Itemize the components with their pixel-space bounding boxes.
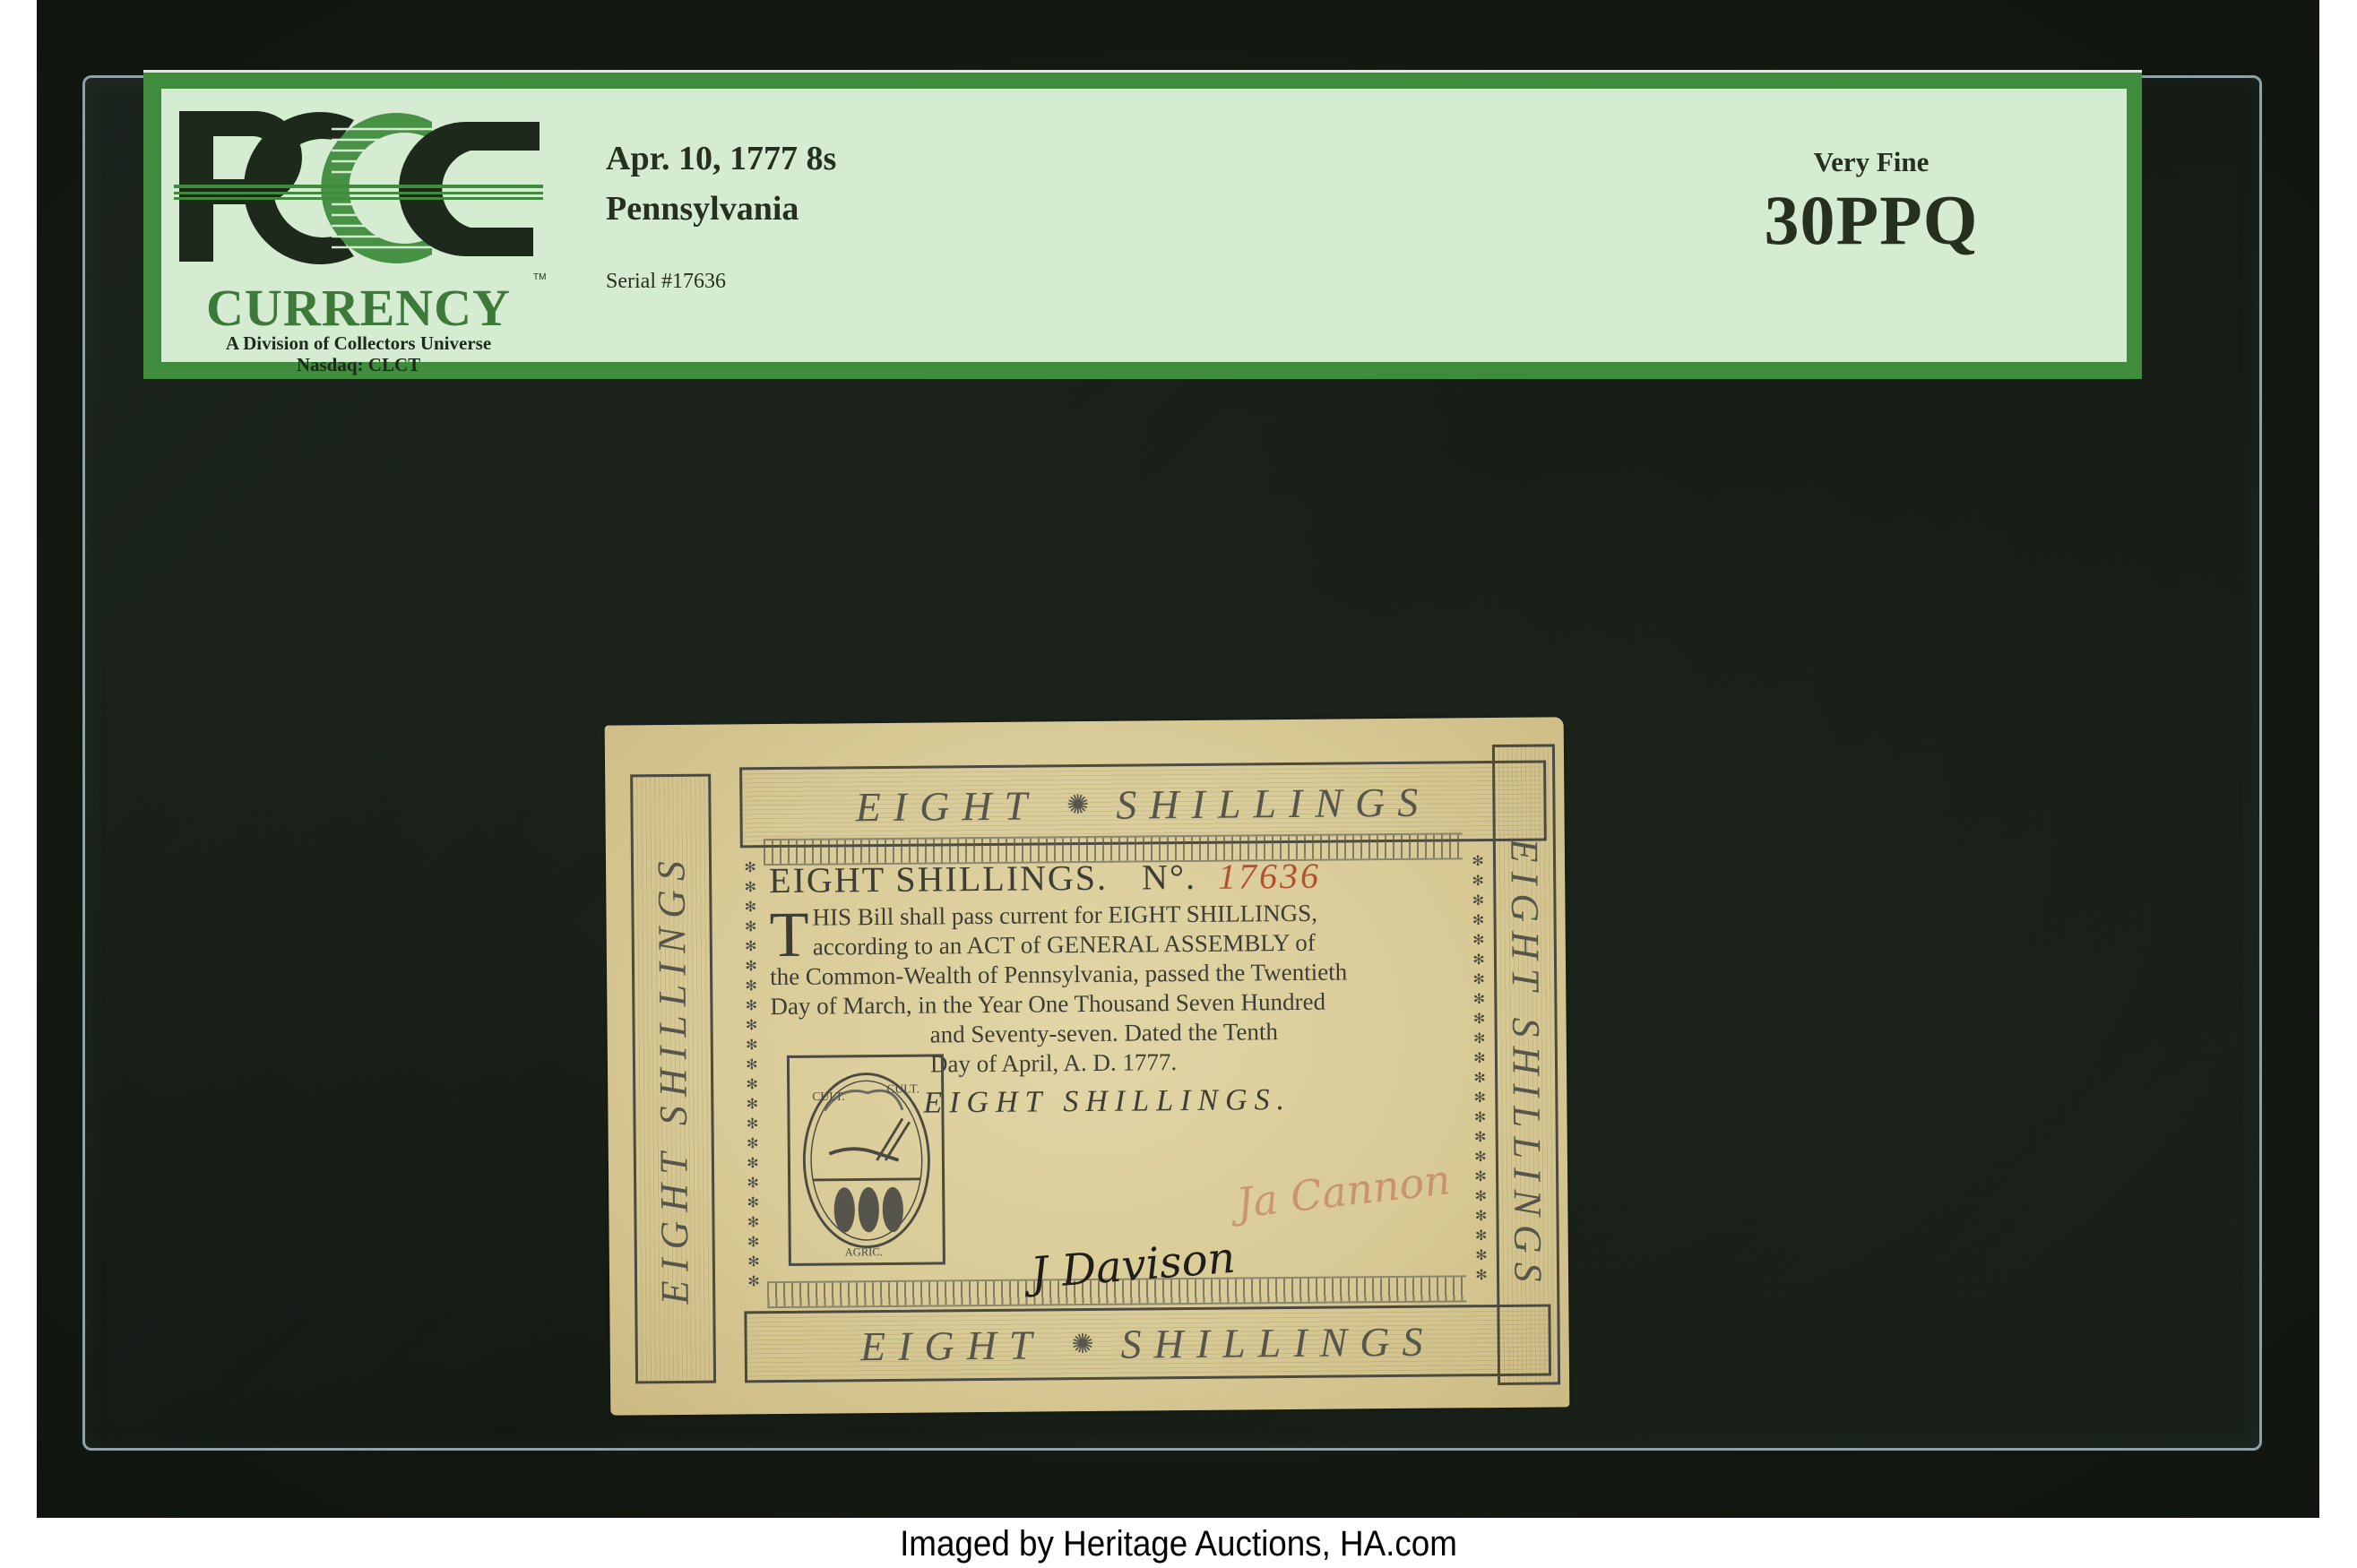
note-serial: Serial #17636 bbox=[606, 270, 836, 294]
headline-text: EIGHT SHILLINGS. bbox=[769, 857, 1108, 900]
ticker-text: Nasdaq: CLCT bbox=[170, 354, 547, 375]
pcgs-currency-logo: TM CURRENCY A Division of Collectors Uni… bbox=[170, 102, 547, 371]
label-panel: TM CURRENCY A Division of Collectors Uni… bbox=[161, 89, 2127, 362]
banknote: EIGHT ✺ SHILLINGS EIGHT ✺ SHILLINGS EIGH… bbox=[605, 717, 1570, 1415]
svg-text:CULT.: CULT. bbox=[886, 1081, 919, 1095]
note-state: Pennsylvania bbox=[606, 184, 836, 234]
rosette-ornament-icon: ✺ bbox=[1066, 788, 1089, 820]
band-word: EIGHT bbox=[860, 1321, 1045, 1370]
image-credit: Imaged by Heritage Auctions, HA.com bbox=[94, 1523, 2263, 1564]
dropcap: T bbox=[769, 907, 809, 962]
svg-text:CULT.: CULT. bbox=[812, 1090, 845, 1103]
band-word: SHILLINGS bbox=[1116, 778, 1430, 828]
signature-cannon: Ja Cannon bbox=[1234, 1155, 1453, 1228]
number-prefix: N°. bbox=[1142, 857, 1196, 898]
band-word: SHILLINGS bbox=[1120, 1317, 1435, 1367]
currency-wordmark: CURRENCY bbox=[170, 281, 547, 335]
plow-and-wheat-sheaves-vignette-icon: CULT. CULT. AGRIC. bbox=[787, 1054, 945, 1266]
grade-value: 30PPQ bbox=[1728, 180, 2015, 261]
bottom-denomination-band: EIGHT ✺ SHILLINGS bbox=[744, 1304, 1551, 1383]
svg-text:AGRIC.: AGRIC. bbox=[845, 1245, 883, 1258]
ornament-column-left: ✻✻✻✻✻✻✻✻✻✻✻✻✻✻✻✻✻✻✻✻✻✻ bbox=[740, 858, 764, 1297]
left-denomination-band: EIGHT SHILLINGS bbox=[630, 774, 716, 1384]
band-word: EIGHT bbox=[855, 781, 1040, 831]
division-text: A Division of Collectors Universe bbox=[170, 332, 547, 354]
grade-description: Very Fine bbox=[1728, 144, 2015, 180]
band-text: EIGHT SHILLINGS bbox=[648, 852, 697, 1305]
grade-block: Very Fine 30PPQ bbox=[1728, 144, 2015, 261]
handwritten-serial: 17636 bbox=[1218, 856, 1321, 897]
note-headline: EIGHT SHILLINGS. N°. 17636 bbox=[769, 852, 1473, 903]
grading-label: TM CURRENCY A Division of Collectors Uni… bbox=[143, 70, 2142, 379]
note-title: Apr. 10, 1777 8s bbox=[606, 134, 836, 184]
right-denomination-band: EIGHT SHILLINGS bbox=[1492, 744, 1560, 1385]
band-text: EIGHT SHILLINGS bbox=[1501, 839, 1550, 1291]
rosette-ornament-icon: ✺ bbox=[1071, 1328, 1093, 1359]
note-info: Apr. 10, 1777 8s Pennsylvania Serial #17… bbox=[606, 134, 836, 294]
pcgs-logo-icon bbox=[170, 102, 547, 290]
